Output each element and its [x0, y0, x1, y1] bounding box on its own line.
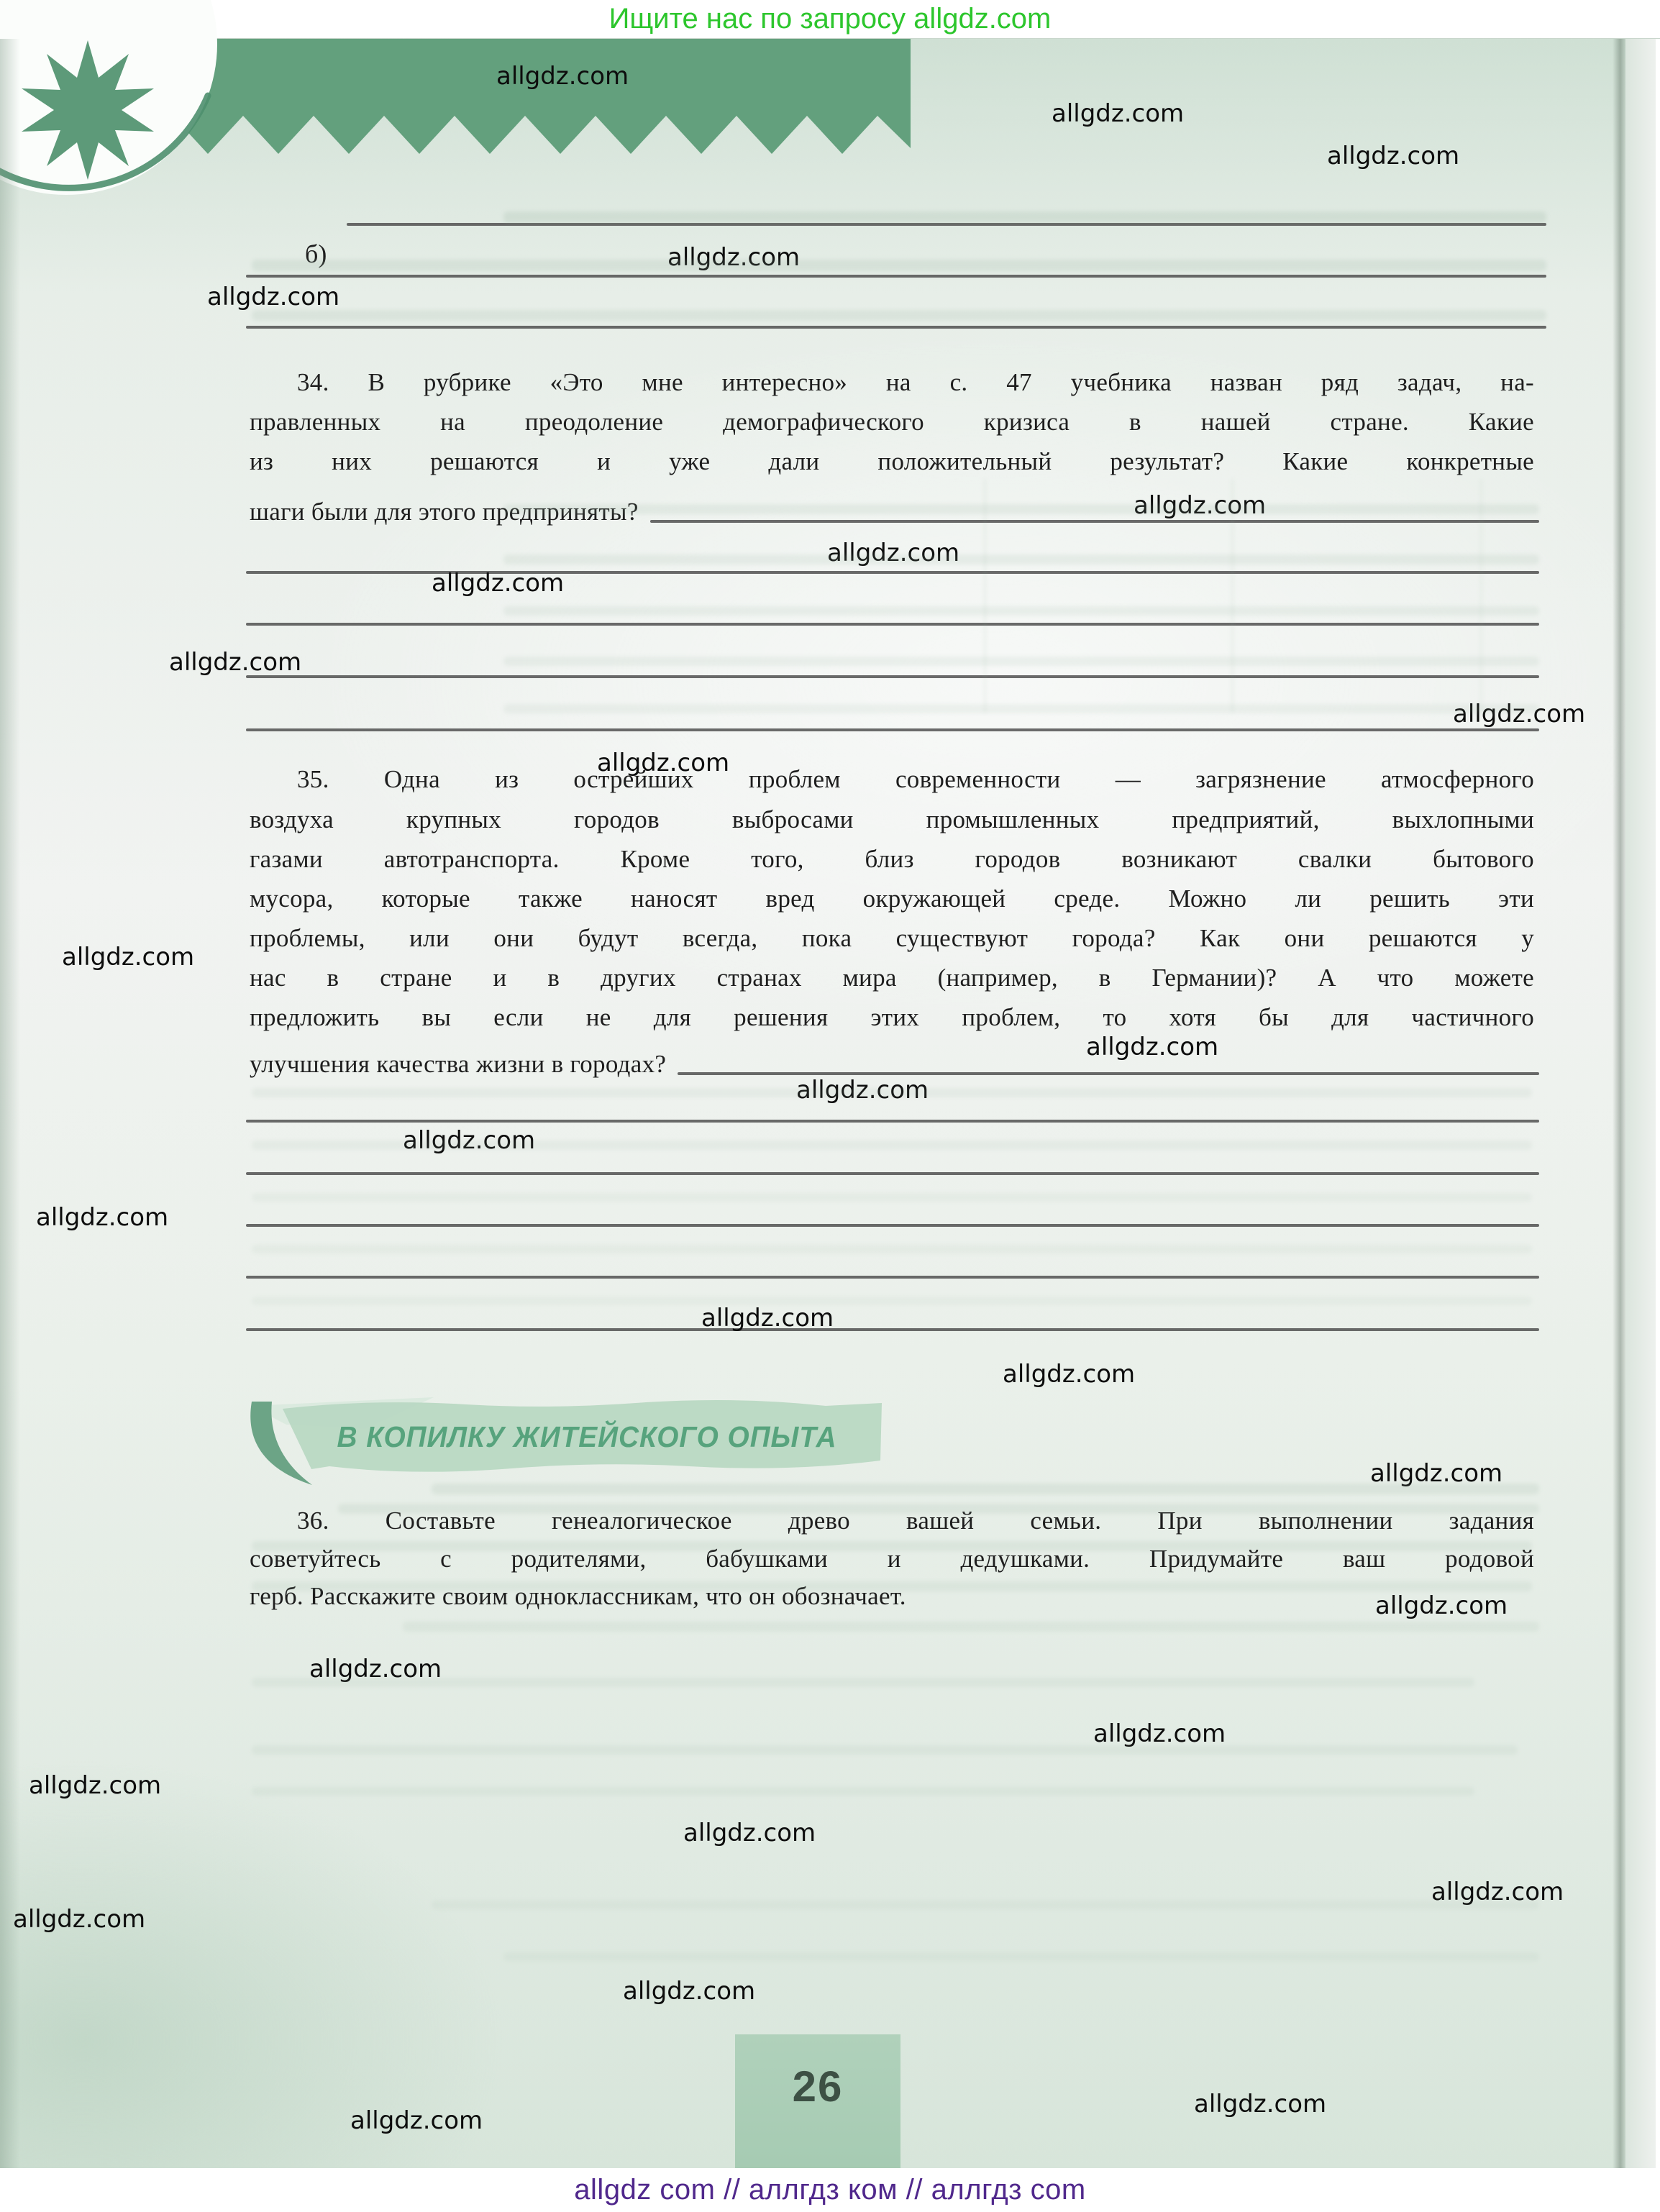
- bleed-through-artifact: [252, 1541, 1532, 1551]
- watermark: allgdz.com: [350, 2106, 483, 2135]
- promo-header-text: Ищите нас по запросу allgdz.com: [609, 3, 1052, 35]
- bleed-through-artifact: [338, 1504, 1539, 1514]
- watermark: allgdz.com: [1194, 2090, 1326, 2119]
- watermark: allgdz.com: [1375, 1591, 1508, 1620]
- watermark: allgdz.com: [597, 749, 729, 777]
- answer-line[interactable]: [246, 1276, 1539, 1279]
- answer-line[interactable]: [246, 326, 1546, 329]
- answer-line[interactable]: [650, 520, 1539, 523]
- bleed-through-artifact: [503, 1952, 1539, 1961]
- bleed-through-artifact: [503, 211, 1546, 223]
- task35-line: воздуха крупных городов выбросами промыш…: [250, 799, 1534, 840]
- answer-line[interactable]: [246, 275, 1546, 278]
- bleed-through-artifact: [503, 704, 1539, 713]
- watermark: allgdz.com: [1003, 1360, 1135, 1389]
- answer-line[interactable]: [246, 1172, 1539, 1175]
- bleed-through-artifact: [432, 1484, 1539, 1494]
- page-left-shadow: [0, 39, 20, 2169]
- answer-line[interactable]: [246, 1224, 1539, 1227]
- banner-text: В КОПИЛКУ ЖИТЕЙСКОГО ОПЫТА: [337, 1420, 837, 1453]
- bleed-through-artifact: [503, 606, 1539, 616]
- answer-line[interactable]: [347, 223, 1546, 226]
- page-right-crease: [1613, 39, 1625, 2169]
- bleed-through-artifact: [252, 1787, 1474, 1796]
- watermark: allgdz.com: [62, 943, 194, 972]
- answer-line[interactable]: [246, 1120, 1539, 1123]
- task35-last-text: улучшения качества жизни в городах?: [250, 1043, 666, 1084]
- watermark: allgdz.com: [13, 1905, 145, 1934]
- watermark: allgdz.com: [1052, 99, 1184, 128]
- task35-line: нас в стране и в других странах мира (на…: [250, 957, 1534, 998]
- watermark: allgdz.com: [1327, 142, 1459, 170]
- watermark: allgdz.com: [496, 62, 629, 91]
- task35-line: предложить вы если не для решения этих п…: [250, 997, 1534, 1038]
- task34-line: правленных на преодоление демографическо…: [250, 401, 1534, 442]
- watermark: allgdz.com: [701, 1304, 834, 1333]
- bleed-through-artifact: [252, 1297, 1532, 1305]
- watermark: allgdz.com: [432, 569, 564, 598]
- bleed-through-artifact: [252, 1245, 1532, 1253]
- task34-line: из них решаются и уже дали положительный…: [250, 441, 1534, 482]
- bleed-through-artifact: [252, 1193, 1532, 1202]
- answer-line[interactable]: [678, 1072, 1539, 1075]
- watermark: allgdz.com: [36, 1203, 168, 1232]
- task35-line: мусора, которые также наносят вред окруж…: [250, 878, 1534, 919]
- watermark: allgdz.com: [207, 283, 339, 311]
- bleed-through-artifact: [252, 260, 1546, 271]
- experience-banner: В КОПИЛКУ ЖИТЕЙСКОГО ОПЫТА: [243, 1394, 898, 1491]
- site-footer-text: allgdz com // аллгдз ком // аллгдз com: [574, 2174, 1085, 2206]
- bleed-through-artifact: [403, 1622, 1539, 1632]
- watermark: allgdz.com: [623, 1977, 755, 2006]
- bleed-through-artifact: [432, 1901, 1539, 1909]
- watermark: allgdz.com: [169, 648, 301, 677]
- bleed-through-artifact: [252, 1581, 1532, 1591]
- site-footer: allgdz com // аллгдз ком // аллгдз com: [0, 2168, 1660, 2212]
- task35-line: газами автотранспорта. Кроме того, близ …: [250, 838, 1534, 879]
- page-right-margin: [1656, 39, 1660, 2169]
- bleed-through-artifact: [503, 504, 1539, 514]
- answer-line[interactable]: [246, 728, 1539, 731]
- scanned-page: б) 34. В рубрике «Это мне интересно» на …: [0, 38, 1660, 2169]
- task35-line: 35. Одна из острейших проблем современно…: [250, 759, 1534, 800]
- answer-line[interactable]: [246, 1328, 1539, 1331]
- promo-header: Ищите нас по запросу allgdz.com: [0, 0, 1660, 38]
- watermark: allgdz.com: [29, 1771, 161, 1800]
- watermark: allgdz.com: [683, 1819, 816, 1847]
- bleed-through-artifact: [252, 1088, 1532, 1097]
- bleed-through-artifact: [503, 554, 1539, 565]
- star-medallion: [0, 29, 245, 206]
- bleed-through-artifact: [252, 310, 1546, 321]
- page-right-edge: [1625, 39, 1656, 2169]
- watermark: allgdz.com: [1093, 1719, 1226, 1748]
- task35-line: проблемы, или они будут всегда, пока сущ…: [250, 918, 1534, 959]
- task34-line: 34. В рубрике «Это мне интересно» на с. …: [250, 362, 1534, 403]
- bleed-through-artifact: [252, 1745, 1518, 1755]
- answer-line[interactable]: [246, 623, 1539, 626]
- bleed-through-artifact: [252, 1678, 1474, 1687]
- bleed-through-artifact: [252, 1141, 1532, 1150]
- workbook-scan-page: Ищите нас по запросу allgdz.com б) 34. В…: [0, 0, 1660, 2212]
- answer-line[interactable]: [246, 675, 1539, 678]
- watermark: allgdz.com: [1086, 1033, 1218, 1061]
- bleed-through-artifact: [503, 657, 1539, 666]
